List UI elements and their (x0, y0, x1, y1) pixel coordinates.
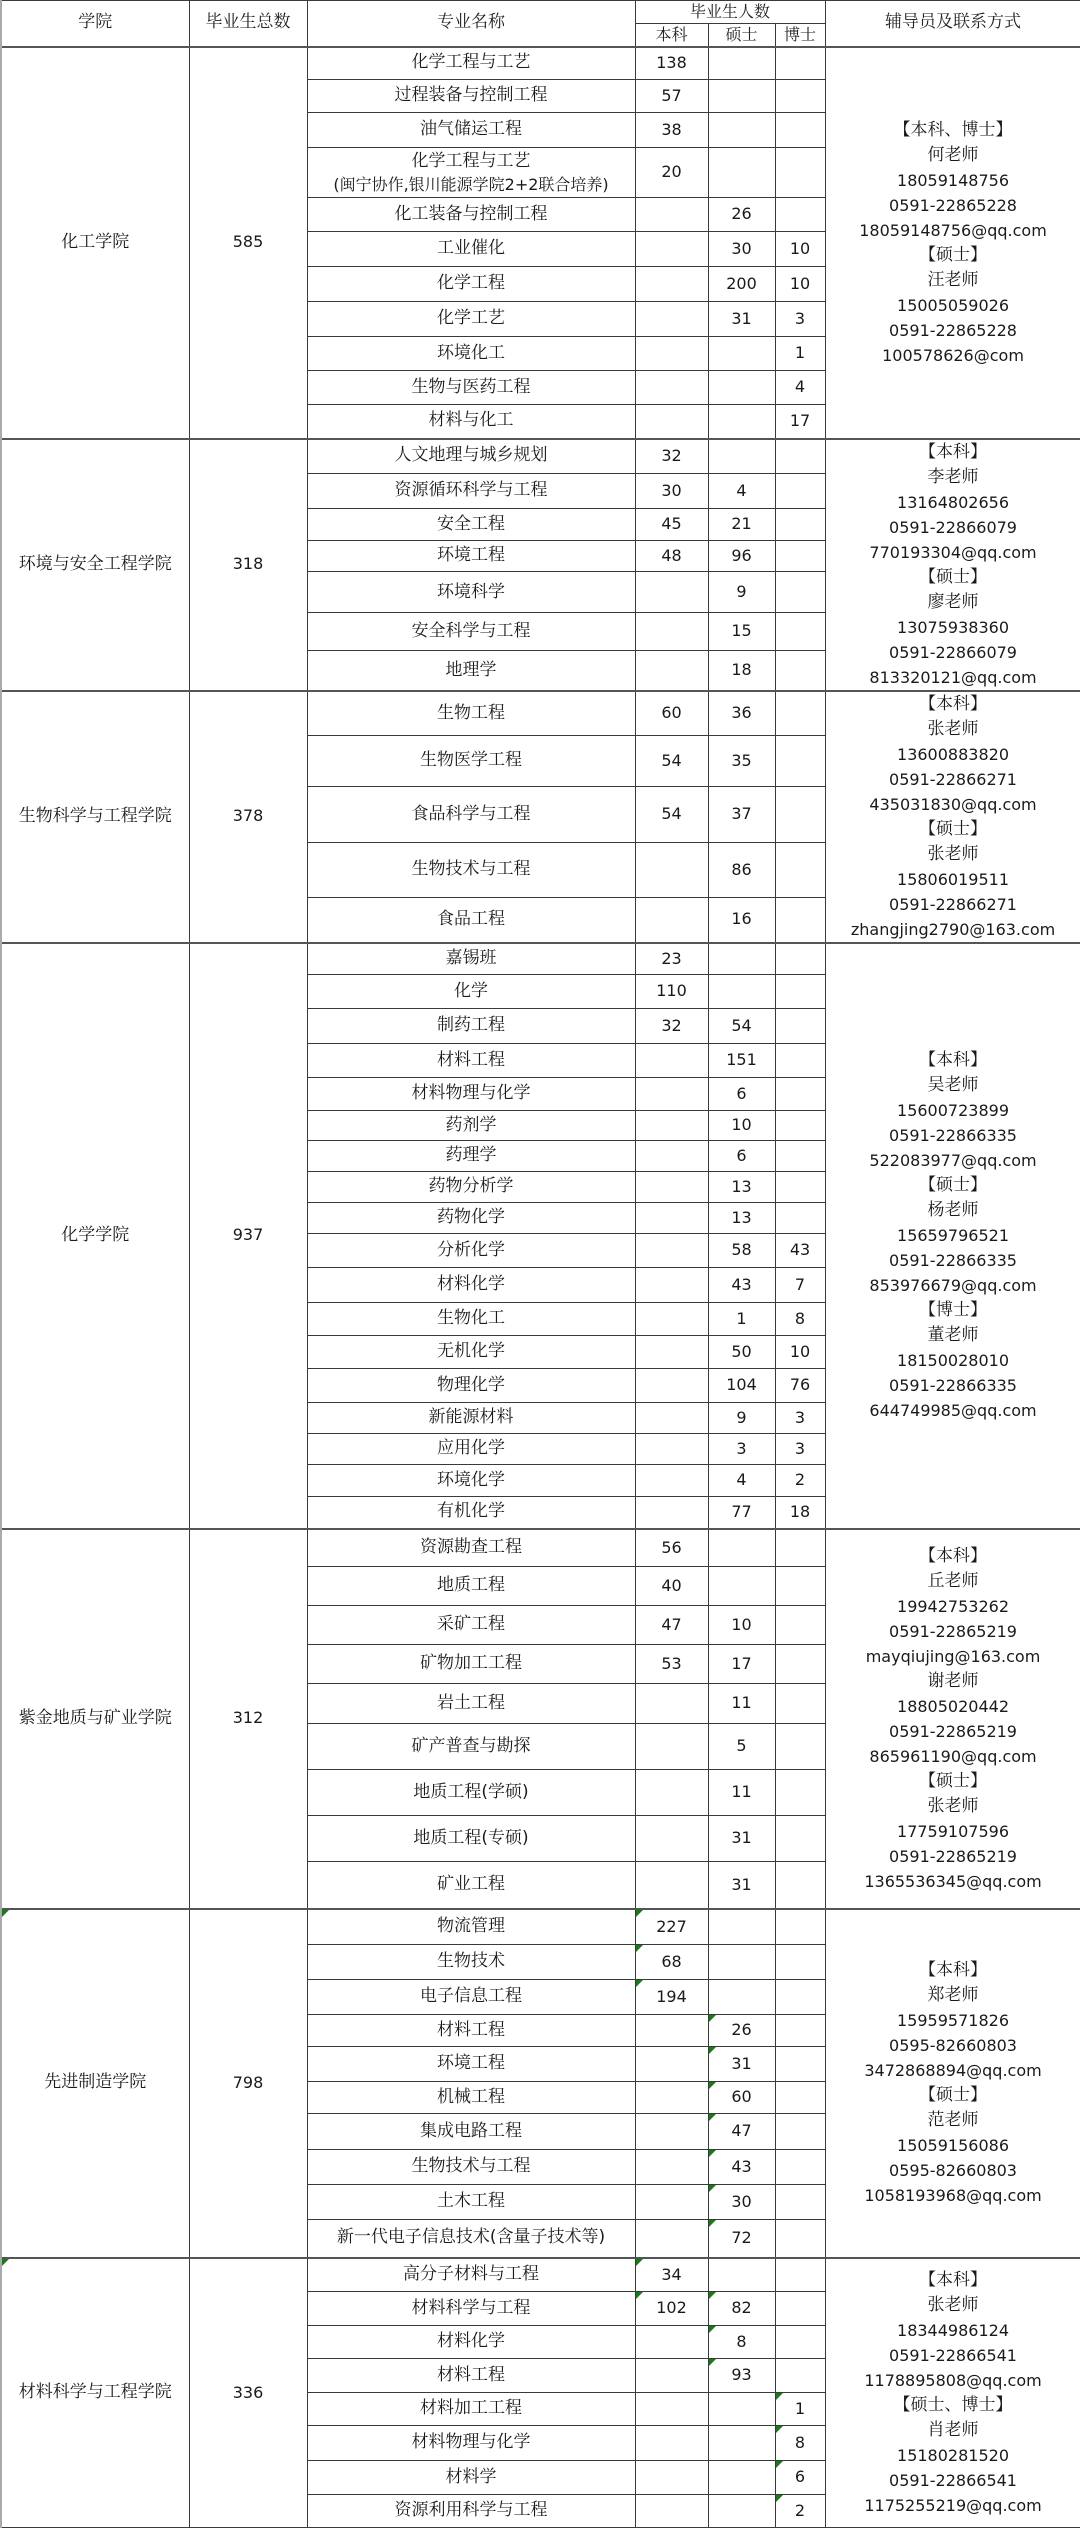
contact-mobile: 13075938360 (826, 615, 1080, 640)
doctor-count: 3 (775, 1403, 825, 1434)
college-name: 材料科学与工程学院 (1, 2258, 189, 2512)
major-name: 应用化学 (307, 1434, 635, 1465)
bachelor-count (635, 651, 708, 691)
contact-office-phone: 0591-22865219 (826, 1619, 1080, 1644)
contact-mobile: 19942753262 (826, 1594, 1080, 1619)
counselor-name: 谢老师 (826, 1669, 1080, 1694)
college-name: 化工学院 (1, 47, 189, 439)
table-row: 材料科学与工程学院336高分子材料与工程34【本科】张老师18344986124… (1, 2258, 1080, 2292)
bachelor-count (635, 1403, 708, 1434)
doctor-count (775, 1724, 825, 1770)
contact-role: 【本科】 (826, 1048, 1080, 1073)
contact-office-phone: 0591-22866335 (826, 1373, 1080, 1398)
bachelor-count (635, 1465, 708, 1497)
contact-office-phone: 0591-22866271 (826, 767, 1080, 792)
master-count: 37 (708, 786, 775, 842)
major-name: 分析化学 (307, 1234, 635, 1268)
contact-role: 【本科】 (826, 2268, 1080, 2293)
major-name: 药物分析学 (307, 1172, 635, 1203)
contact-role: 【硕士】 (826, 1769, 1080, 1794)
contact-role: 【本科】 (826, 692, 1080, 717)
major-name: 电子信息工程 (307, 1980, 635, 2015)
bachelor-count (635, 1434, 708, 1465)
college-total: 798 (189, 1909, 307, 2258)
contact-office-phone: 0591-22866271 (826, 892, 1080, 917)
bachelor-count (635, 198, 708, 232)
master-count: 8 (708, 2326, 775, 2359)
master-count: 36 (708, 691, 775, 736)
major-name: 高分子材料与工程 (307, 2258, 635, 2292)
major-name: 地质工程 (307, 1567, 635, 1606)
master-count: 4 (708, 1465, 775, 1497)
college-total: 378 (189, 691, 307, 943)
major-name: 药物化学 (307, 1203, 635, 1234)
master-count: 6 (708, 1141, 775, 1172)
doctor-count (775, 113, 825, 148)
doctor-count (775, 943, 825, 975)
contact-office-phone: 0595-82660803 (826, 2158, 1080, 2183)
master-count: 200 (708, 267, 775, 302)
bachelor-count (635, 2393, 708, 2426)
doctor-count (775, 1909, 825, 1945)
contact-email: 644749985@qq.com (826, 1398, 1080, 1423)
bachelor-count: 110 (635, 975, 708, 1009)
doctor-count (775, 1567, 825, 1606)
major-name: 药剂学 (307, 1111, 635, 1141)
bachelor-count (635, 371, 708, 405)
major-name: 环境工程 (307, 540, 635, 572)
major-name: 人文地理与城乡规划 (307, 439, 635, 474)
doctor-count (775, 1009, 825, 1044)
contact-office-phone: 0595-82660803 (826, 2033, 1080, 2058)
contact-email: 1175255219@qq.com (826, 2493, 1080, 2511)
bachelor-count: 57 (635, 80, 708, 113)
contact-email: mayqiujing@163.com (826, 1644, 1080, 1669)
contact-role: 【本科】 (826, 440, 1080, 465)
master-count: 31 (708, 2047, 775, 2082)
master-count: 60 (708, 2082, 775, 2114)
counselor-name: 汪老师 (826, 268, 1080, 293)
doctor-count: 17 (775, 405, 825, 439)
major-name: 化工装备与控制工程 (307, 198, 635, 232)
graduates-table: 学院 毕业生总数 专业名称 毕业生人数 辅导员及联系方式 本科 硕士 博士 化工… (0, 0, 1080, 2511)
master-count: 86 (708, 843, 775, 897)
bachelor-count (635, 1141, 708, 1172)
major-name: 土木工程 (307, 2185, 635, 2220)
bachelor-count: 102 (635, 2292, 708, 2326)
college-total: 312 (189, 1529, 307, 1909)
master-count: 6 (708, 1078, 775, 1111)
contact-office-phone: 0591-22866335 (826, 1248, 1080, 1273)
master-count: 4 (708, 473, 775, 509)
doctor-count (775, 2015, 825, 2047)
doctor-count: 3 (775, 1434, 825, 1465)
doctor-count (775, 613, 825, 651)
bachelor-count: 47 (635, 1606, 708, 1645)
major-name: 环境工程 (307, 2047, 635, 2082)
bachelor-count: 60 (635, 691, 708, 736)
bachelor-count (635, 337, 708, 371)
counselor-name: 丘老师 (826, 1569, 1080, 1594)
bachelor-count: 34 (635, 2258, 708, 2292)
doctor-count (775, 1862, 825, 1909)
doctor-count (775, 2326, 825, 2359)
counselor-name: 杨老师 (826, 1198, 1080, 1223)
bachelor-count: 53 (635, 1645, 708, 1684)
college-name: 先进制造学院 (1, 1909, 189, 2258)
master-count (708, 405, 775, 439)
doctor-count: 8 (775, 2426, 825, 2461)
counselor-name: 何老师 (826, 143, 1080, 168)
major-name: 生物化工 (307, 1303, 635, 1336)
major-name: 食品科学与工程 (307, 786, 635, 842)
contact-mobile: 13600883820 (826, 742, 1080, 767)
bachelor-count (635, 405, 708, 439)
master-count (708, 80, 775, 113)
contact-email: 435031830@qq.com (826, 792, 1080, 817)
master-count: 5 (708, 1724, 775, 1770)
master-count (708, 148, 775, 198)
doctor-count: 2 (775, 1465, 825, 1497)
doctor-count (775, 80, 825, 113)
major-name: 环境化工 (307, 337, 635, 371)
master-count: 21 (708, 509, 775, 541)
doctor-count (775, 2047, 825, 2082)
master-count (708, 1980, 775, 2015)
master-count: 82 (708, 2292, 775, 2326)
contact-email: 813320121@qq.com (826, 665, 1080, 690)
contact-mobile: 15180281520 (826, 2443, 1080, 2468)
doctor-count (775, 1816, 825, 1862)
doctor-count (775, 2082, 825, 2114)
master-count: 31 (708, 1816, 775, 1862)
bachelor-count (635, 2047, 708, 2082)
master-count: 26 (708, 2015, 775, 2047)
master-count: 18 (708, 651, 775, 691)
doctor-count: 10 (775, 1336, 825, 1369)
contact-mobile: 18059148756 (826, 168, 1080, 193)
header-total: 毕业生总数 (189, 1, 307, 47)
counselor-name: 肖老师 (826, 2418, 1080, 2443)
contact-role: 【硕士】 (826, 1173, 1080, 1198)
major-name: 嘉锡班 (307, 943, 635, 975)
master-count: 3 (708, 1434, 775, 1465)
counselor-name: 张老师 (826, 2293, 1080, 2318)
major-name: 环境化学 (307, 1465, 635, 1497)
master-count: 50 (708, 1336, 775, 1369)
bachelor-count (635, 1770, 708, 1816)
doctor-count (775, 975, 825, 1009)
contact-mobile: 17759107596 (826, 1819, 1080, 1844)
counselor-contact: 【本科】吴老师156007238990591-22866335522083977… (825, 943, 1080, 1529)
major-name: 矿物加工工程 (307, 1645, 635, 1684)
major-name: 生物与医药工程 (307, 371, 635, 405)
college-name: 环境与安全工程学院 (1, 439, 189, 691)
doctor-count (775, 2150, 825, 2185)
master-count (708, 1529, 775, 1567)
counselor-contact: 【本科】李老师131648026560591-22866079770193304… (825, 439, 1080, 691)
bachelor-count (635, 1336, 708, 1369)
contact-office-phone: 0591-22866335 (826, 1123, 1080, 1148)
bachelor-count (635, 1816, 708, 1862)
counselor-name: 张老师 (826, 1794, 1080, 1819)
doctor-count: 1 (775, 2393, 825, 2426)
doctor-count (775, 198, 825, 232)
major-name: 物理化学 (307, 1369, 635, 1403)
bachelor-count: 68 (635, 1945, 708, 1980)
doctor-count (775, 736, 825, 786)
major-name-line2: (闽宁协作,银川能源学院2+2联合培养) (308, 173, 635, 197)
contact-mobile: 13164802656 (826, 490, 1080, 515)
major-name: 有机化学 (307, 1497, 635, 1529)
doctor-count (775, 148, 825, 198)
bachelor-count (635, 2461, 708, 2495)
doctor-count (775, 1203, 825, 1234)
contact-role: 【本科】 (826, 1958, 1080, 1983)
counselor-contact: 【本科】丘老师199427532620591-22865219mayqiujin… (825, 1529, 1080, 1909)
major-name: 矿产普查与勘探 (307, 1724, 635, 1770)
master-count (708, 2258, 775, 2292)
table-row: 化学学院937嘉锡班23【本科】吴老师156007238990591-22866… (1, 943, 1080, 975)
major-name: 材料化学 (307, 1268, 635, 1303)
table-row: 生物科学与工程学院378生物工程6036【本科】张老师1360088382005… (1, 691, 1080, 736)
doctor-count (775, 1606, 825, 1645)
contact-email: 18059148756@qq.com (826, 218, 1080, 243)
master-count: 58 (708, 1234, 775, 1268)
doctor-count: 3 (775, 302, 825, 337)
major-name: 生物工程 (307, 691, 635, 736)
major-name: 物流管理 (307, 1909, 635, 1945)
master-count: 151 (708, 1044, 775, 1078)
major-name: 材料学 (307, 2461, 635, 2495)
major-name: 资源循环科学与工程 (307, 473, 635, 509)
master-count: 11 (708, 1684, 775, 1724)
major-name: 化学工艺 (307, 302, 635, 337)
major-name: 地质工程(专硕) (307, 1816, 635, 1862)
bachelor-count (635, 1268, 708, 1303)
header-college: 学院 (1, 1, 189, 47)
doctor-count (775, 691, 825, 736)
bachelor-count (635, 2220, 708, 2258)
bachelor-count (635, 1369, 708, 1403)
counselor-name: 范老师 (826, 2108, 1080, 2133)
major-name-line1: 化学工程与工艺 (308, 149, 635, 173)
major-name: 生物技术与工程 (307, 2150, 635, 2185)
bachelor-count (635, 843, 708, 897)
major-name: 材料工程 (307, 2359, 635, 2393)
master-count: 31 (708, 1862, 775, 1909)
contact-mobile: 15659796521 (826, 1223, 1080, 1248)
header-major: 专业名称 (307, 1, 635, 47)
doctor-count: 10 (775, 232, 825, 267)
bachelor-count: 54 (635, 786, 708, 842)
bachelor-count (635, 1203, 708, 1234)
contact-email: 865961190@qq.com (826, 1744, 1080, 1769)
bachelor-count: 227 (635, 1909, 708, 1945)
master-count: 9 (708, 1403, 775, 1434)
bachelor-count (635, 1724, 708, 1770)
doctor-count: 10 (775, 267, 825, 302)
master-count: 10 (708, 1111, 775, 1141)
doctor-count: 4 (775, 371, 825, 405)
master-count (708, 2461, 775, 2495)
doctor-count (775, 1945, 825, 1980)
table-row: 环境与安全工程学院318人文地理与城乡规划32【本科】李老师1316480265… (1, 439, 1080, 474)
doctor-count: 1 (775, 337, 825, 371)
bachelor-count: 23 (635, 943, 708, 975)
major-name: 食品工程 (307, 897, 635, 942)
doctor-count (775, 1141, 825, 1172)
doctor-count (775, 1172, 825, 1203)
major-name: 资源勘查工程 (307, 1529, 635, 1567)
bachelor-count: 45 (635, 509, 708, 541)
master-count: 26 (708, 198, 775, 232)
doctor-count (775, 540, 825, 572)
doctor-count (775, 47, 825, 80)
major-name: 资源利用科学与工程 (307, 2495, 635, 2512)
bachelor-count: 194 (635, 1980, 708, 2015)
contact-office-phone: 0591-22866079 (826, 515, 1080, 540)
master-count: 104 (708, 1369, 775, 1403)
master-count (708, 371, 775, 405)
contact-role: 【博士】 (826, 1298, 1080, 1323)
bachelor-count (635, 2015, 708, 2047)
bachelor-count (635, 2426, 708, 2461)
bachelor-count (635, 1172, 708, 1203)
major-name: 材料物理与化学 (307, 1078, 635, 1111)
contact-email: 3472868894@qq.com (826, 2058, 1080, 2083)
contact-office-phone: 0591-22865219 (826, 1844, 1080, 1869)
contact-email: 853976679@qq.com (826, 1273, 1080, 1298)
college-name: 生物科学与工程学院 (1, 691, 189, 943)
contact-role: 【本科】 (826, 1544, 1080, 1569)
doctor-count: 18 (775, 1497, 825, 1529)
master-count: 15 (708, 613, 775, 651)
contact-role: 【硕士】 (826, 2083, 1080, 2108)
bachelor-count (635, 267, 708, 302)
bachelor-count: 38 (635, 113, 708, 148)
college-total: 318 (189, 439, 307, 691)
doctor-count (775, 509, 825, 541)
contact-email: zhangjing2790@163.com (826, 917, 1080, 942)
bachelor-count (635, 572, 708, 613)
doctor-count (775, 473, 825, 509)
contact-mobile: 18150028010 (826, 1348, 1080, 1373)
college-name: 化学学院 (1, 943, 189, 1529)
college-name: 紫金地质与矿业学院 (1, 1529, 189, 1909)
counselor-name: 郑老师 (826, 1983, 1080, 2008)
bachelor-count (635, 1078, 708, 1111)
bachelor-count (635, 302, 708, 337)
master-count (708, 47, 775, 80)
master-count (708, 1909, 775, 1945)
contact-role: 【硕士】 (826, 565, 1080, 590)
counselor-name: 廖老师 (826, 590, 1080, 615)
master-count (708, 337, 775, 371)
major-name: 工业催化 (307, 232, 635, 267)
college-total: 937 (189, 943, 307, 1529)
bachelor-count: 56 (635, 1529, 708, 1567)
doctor-count (775, 843, 825, 897)
bachelor-count: 138 (635, 47, 708, 80)
bachelor-count: 20 (635, 148, 708, 198)
bachelor-count: 54 (635, 736, 708, 786)
contact-office-phone: 0591-22865228 (826, 318, 1080, 343)
contact-email: 1058193968@qq.com (826, 2183, 1080, 2208)
major-name: 过程装备与控制工程 (307, 80, 635, 113)
contact-role: 【硕士、博士】 (826, 2393, 1080, 2418)
table-row: 先进制造学院798物流管理227【本科】郑老师159595718260595-8… (1, 1909, 1080, 1945)
doctor-count (775, 2258, 825, 2292)
major-name: 材料工程 (307, 1044, 635, 1078)
major-name: 矿业工程 (307, 1862, 635, 1909)
doctor-count (775, 897, 825, 942)
master-count: 10 (708, 1606, 775, 1645)
major-name: 化学 (307, 975, 635, 1009)
bachelor-count (635, 1044, 708, 1078)
counselor-name: 董老师 (826, 1323, 1080, 1348)
master-count: 54 (708, 1009, 775, 1044)
doctor-count (775, 2292, 825, 2326)
counselor-contact: 【本科】张老师183449861240591-22866541117889580… (825, 2258, 1080, 2512)
master-count: 30 (708, 2185, 775, 2220)
bachelor-count (635, 232, 708, 267)
doctor-count (775, 2359, 825, 2393)
bachelor-count (635, 2114, 708, 2150)
contact-mobile: 15005059026 (826, 293, 1080, 318)
master-count: 30 (708, 232, 775, 267)
master-count: 31 (708, 302, 775, 337)
master-count (708, 2426, 775, 2461)
doctor-count (775, 1645, 825, 1684)
contact-mobile: 15959571826 (826, 2008, 1080, 2033)
master-count: 1 (708, 1303, 775, 1336)
contact-email: 1365536345@qq.com (826, 1869, 1080, 1894)
bachelor-count (635, 1497, 708, 1529)
contact-email: 522083977@qq.com (826, 1148, 1080, 1173)
doctor-count (775, 1044, 825, 1078)
major-name: 集成电路工程 (307, 2114, 635, 2150)
doctor-count (775, 1980, 825, 2015)
contact-mobile: 18344986124 (826, 2318, 1080, 2343)
college-total: 585 (189, 47, 307, 439)
master-count: 11 (708, 1770, 775, 1816)
master-count: 13 (708, 1203, 775, 1234)
major-name: 材料工程 (307, 2015, 635, 2047)
major-name: 新能源材料 (307, 1403, 635, 1434)
master-count (708, 2495, 775, 2512)
contact-email: 770193304@qq.com (826, 540, 1080, 565)
contact-mobile: 15059156086 (826, 2133, 1080, 2158)
contact-mobile: 15806019511 (826, 867, 1080, 892)
contact-email: 100578626@com (826, 343, 1080, 368)
bachelor-count (635, 2326, 708, 2359)
major-name: 油气储运工程 (307, 113, 635, 148)
bachelor-count (635, 2359, 708, 2393)
doctor-count (775, 1078, 825, 1111)
counselor-name: 李老师 (826, 465, 1080, 490)
major-name: 采矿工程 (307, 1606, 635, 1645)
counselor-contact: 【本科】张老师136008838200591-22866271435031830… (825, 691, 1080, 943)
bachelor-count (635, 1862, 708, 1909)
doctor-count (775, 1684, 825, 1724)
contact-mobile: 18805020442 (826, 1694, 1080, 1719)
doctor-count (775, 1770, 825, 1816)
doctor-count: 2 (775, 2495, 825, 2512)
contact-office-phone: 0591-22866079 (826, 640, 1080, 665)
master-count: 16 (708, 897, 775, 942)
contact-email: 1178895808@qq.com (826, 2368, 1080, 2393)
